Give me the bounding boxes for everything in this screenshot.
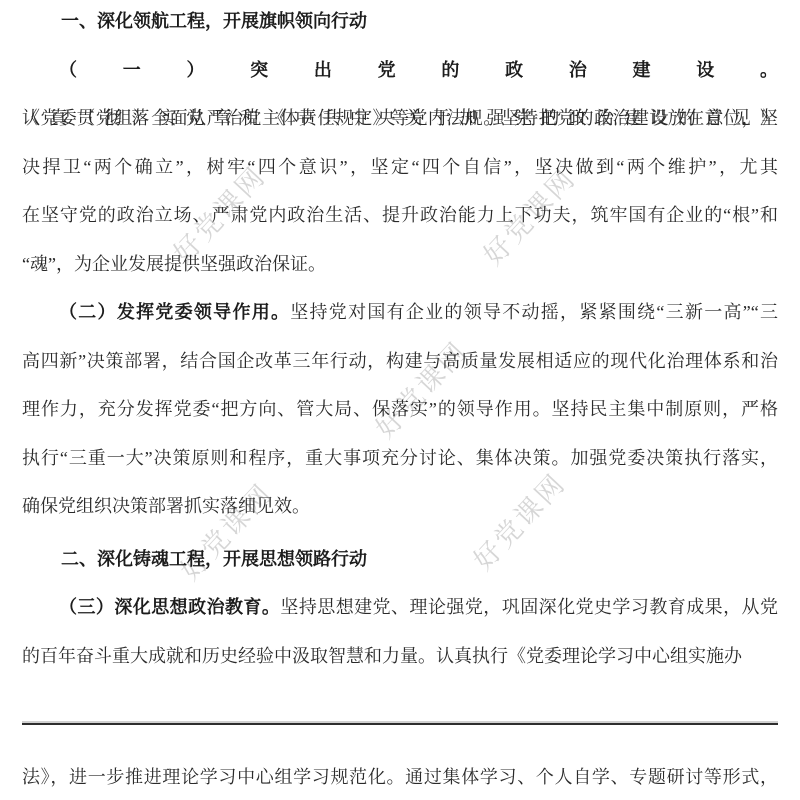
continuation-line: 法》，进一步推进理论学习中心组学习规范化。通过集体学习、个人自学、专题研讨等形式… xyxy=(22,753,778,800)
document-line: 确保党组织决策部署抓实落细见效。 xyxy=(22,482,778,531)
paragraph-lead: （一）突出党的政治建设。 xyxy=(59,60,778,80)
document-line: 的百年奋斗重大成就和历史经验中汲取智慧和力量。认真执行《党委理论学习中心组实施办 xyxy=(22,632,778,681)
document-page: 好党课网好党课网好党课网好党课网好党课网 一、深化领航工程，开展旗帜领向行动（一… xyxy=(0,0,800,800)
document-line: 高四新”决策部署，结合国企改革三年行动，构建与高质量发展相适应的现代化治理体系和… xyxy=(22,337,778,386)
document-line: 在坚守党的政治立场、严肃党内政治生活、提升政治能力上下功夫，筑牢国有企业的“根”… xyxy=(22,191,778,240)
paragraph-lead: （三）深化思想政治教育。 xyxy=(59,597,280,617)
paragraph: （一）突出党的政治建设。认真贯彻落实党章和《中共中央关于加强党的政治建设的意见》… xyxy=(22,46,778,289)
document-line: 决捍卫“两个确立”，树牢“四个意识”，坚定“四个自信”，坚决做到“两个维护”，尤… xyxy=(22,143,778,192)
document-line: （二）发挥党委领导作用。坚持党对国有企业的领导不动摇，紧紧围绕“三新一高”“三 xyxy=(22,288,778,337)
document-line: 《党委（党组）全面从严治党主体责任规定》等党内法规。坚持把党的政治建设放在首位，… xyxy=(22,94,778,143)
document-content: 一、深化领航工程，开展旗帜领向行动（一）突出党的政治建设。认真贯彻落实党章和《中… xyxy=(22,0,778,680)
section-heading: 一、深化领航工程，开展旗帜领向行动 xyxy=(22,0,778,46)
document-line: （一）突出党的政治建设。认真贯彻落实党章和《中共中央关于加强党的政治建设的意见》 xyxy=(22,46,778,95)
section-heading: 二、深化铸魂工程，开展思想领路行动 xyxy=(22,535,778,584)
paragraph-lead: （二）发挥党委领导作用。 xyxy=(59,302,290,322)
document-line: 执行“三重一大”决策原则和程序，重大事项充分讨论、集体决策。加强党委决策执行落实… xyxy=(22,434,778,483)
document-line: “魂”，为企业发展提供坚强政治保证。 xyxy=(22,240,778,289)
page-separator-line xyxy=(22,723,778,725)
paragraph: （三）深化思想政治教育。坚持思想建党、理论强党，巩固深化党史学习教育成果，从党的… xyxy=(22,583,778,680)
document-line: （三）深化思想政治教育。坚持思想建党、理论强党，巩固深化党史学习教育成果，从党 xyxy=(22,583,778,632)
document-line: 理作力，充分发挥党委“把方向、管大局、保落实”的领导作用。坚持民主集中制原则，严… xyxy=(22,385,778,434)
paragraph: （二）发挥党委领导作用。坚持党对国有企业的领导不动摇，紧紧围绕“三新一高”“三高… xyxy=(22,288,778,531)
